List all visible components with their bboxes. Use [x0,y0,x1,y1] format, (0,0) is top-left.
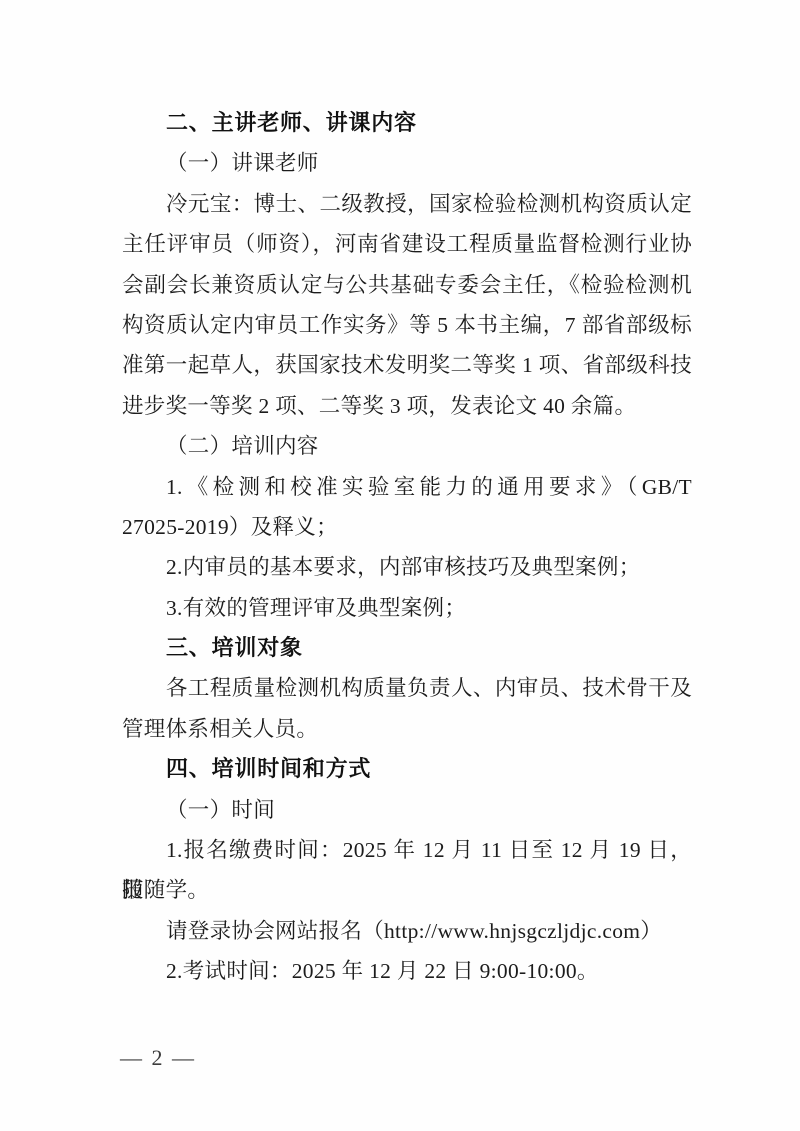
list-item-exam-time: 2.考试时间：2025 年 12 月 22 日 9:00-10:00。 [122,951,692,991]
list-item-training-1-line-1: 1.《检测和校准实验室能力的通用要求》（GB/T [122,467,692,507]
paragraph-trainees-line-1: 各工程质量检测机构质量负责人、内审员、技术骨干及 [122,668,692,708]
paragraph-teacher-bio-line-6: 进步奖一等奖 2 项、二等奖 3 项，发表论文 40 余篇。 [122,386,692,426]
line-website-registration: 请登录协会网站报名（http://www.hnjsgczljdjc.com） [122,911,692,951]
list-item-training-2: 2.内审员的基本要求，内部审核技巧及典型案例； [122,547,692,587]
list-item-training-3: 3.有效的管理评审及典型案例； [122,588,692,628]
list-item-registration-time-line-2: 报随学。 [122,870,692,910]
subsection-label-time: （一）时间 [122,790,692,830]
list-item-training-1-line-2: 27025-2019）及释义； [122,507,692,547]
paragraph-teacher-bio-line-3: 会副会长兼资质认定与公共基础专委会主任，《检验检测机 [122,265,692,305]
subsection-label-teacher: （一）讲课老师 [122,143,692,183]
section-heading-speakers: 二、主讲老师、讲课内容 [122,103,692,143]
section-heading-trainees: 三、培训对象 [122,628,692,668]
document-page: 二、主讲老师、讲课内容 （一）讲课老师 冷元宝：博士、二级教授，国家检验检测机构… [0,0,800,1131]
subsection-label-training-content: （二）培训内容 [122,426,692,466]
list-item-registration-time-line-1: 1.报名缴费时间：2025 年 12 月 11 日至 12 月 19 日，随 [122,830,692,870]
paragraph-teacher-bio-line-4: 构资质认定内审员工作实务》等 5 本书主编，7 部省部级标 [122,305,692,345]
paragraph-teacher-bio-line-5: 准第一起草人，获国家技术发明奖二等奖 1 项、省部级科技 [122,345,692,385]
document-body: 二、主讲老师、讲课内容 （一）讲课老师 冷元宝：博士、二级教授，国家检验检测机构… [122,103,692,992]
page-number: — 2 — [120,1045,196,1070]
paragraph-trainees-line-2: 管理体系相关人员。 [122,709,692,749]
page-footer: — 2 — [120,1043,196,1073]
paragraph-teacher-bio-line-1: 冷元宝：博士、二级教授，国家检验检测机构资质认定 [122,184,692,224]
section-heading-time-method: 四、培训时间和方式 [122,749,692,789]
paragraph-teacher-bio-line-2: 主任评审员（师资），河南省建设工程质量监督检测行业协 [122,224,692,264]
